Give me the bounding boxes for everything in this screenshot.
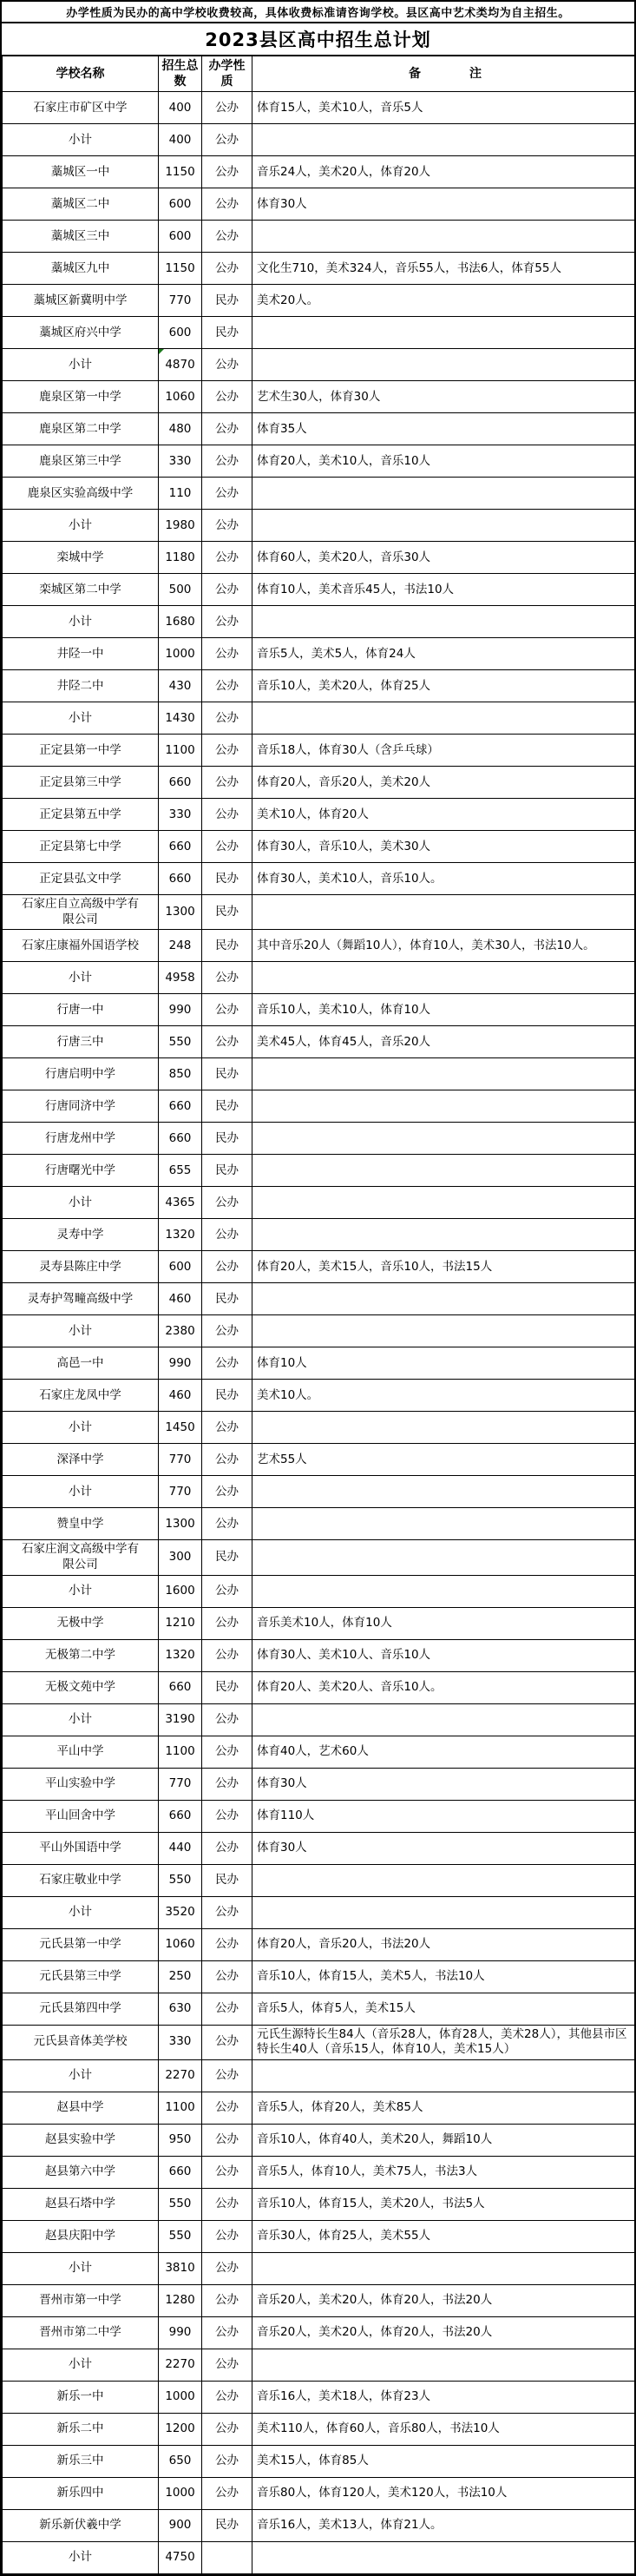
cell-text: 公办: [215, 1356, 239, 1370]
cell-text: 石家庄自立高级中学有 限公司: [22, 897, 139, 926]
remark-cell: 音乐10人，体育15人，美术5人，书法10人: [252, 1960, 636, 1993]
school-row: 藁城区府兴中学600民办: [3, 317, 636, 349]
cell-text: 公办: [215, 2197, 239, 2210]
school-name-cell: 元氏县第四中学: [3, 1993, 159, 2025]
remark-cell: [252, 1187, 636, 1219]
school-row: 灵寿县陈庄中学600公办体育20人，美术15人，音乐10人，书法15人: [3, 1251, 636, 1283]
cell-text: 民办: [215, 1099, 239, 1113]
cell-text: 小计: [69, 2261, 92, 2275]
remark-cell: 美术15人，体育85人: [252, 2445, 636, 2477]
school-name-cell: 正定县弘文中学: [3, 863, 159, 895]
enrollment-total-cell: 550: [159, 1026, 202, 1058]
cell-text: 体育20人，音乐20人，书法20人: [257, 1937, 430, 1951]
school-row: 晋州市第一中学1280公办音乐20人，美术20人，体育20人，书法20人: [3, 2284, 636, 2316]
school-type-cell: 公办: [202, 767, 252, 799]
cell-text: 平山中学: [57, 1744, 104, 1758]
subtotal-row: 小计3810公办: [3, 2252, 636, 2284]
cell-text: 体育40人，艺术60人: [257, 1744, 369, 1758]
cell-text: 民办: [215, 1388, 239, 1402]
remark-cell: [252, 1575, 636, 1607]
cell-text: 770: [169, 1485, 192, 1499]
enrollment-total-cell: 3190: [159, 1703, 202, 1736]
school-type-cell: 公办: [202, 2284, 252, 2316]
cell-text: 体育30人，美术10人，音乐10人。: [257, 872, 443, 886]
school-type-cell: 公办: [202, 2092, 252, 2124]
cell-text: 石家庄龙凤中学: [39, 1388, 121, 1402]
school-type-cell: 公办: [202, 188, 252, 221]
subtotal-row: 小计3520公办: [3, 1896, 636, 1928]
remark-cell: 音乐10人，体育40人，美术20人，舞蹈10人: [252, 2124, 636, 2156]
remark-cell: 音乐80人，体育120人，美术120人，书法10人: [252, 2477, 636, 2509]
cell-text: 民办: [215, 1550, 239, 1564]
remark-cell: [252, 1864, 636, 1896]
school-name-cell: 小计: [3, 1896, 159, 1928]
enrollment-plan-table: 学校名称 招生总数 办学性质 备 注 石家庄市矿区中学400公办体育15人，美术…: [2, 56, 636, 2574]
school-name-cell: 行唐三中: [3, 1026, 159, 1058]
cell-text: 4750: [165, 2550, 194, 2564]
cell-text: 655: [169, 1163, 192, 1177]
fee-notice-text: 办学性质为民办的高中学校收费较高，具体收费标准请咨询学校。县区高中艺术类均为自主…: [2, 2, 634, 23]
school-row: 赵县实验中学950公办音乐10人，体育40人，美术20人，舞蹈10人: [3, 2124, 636, 2156]
school-type-cell: 公办: [202, 1219, 252, 1251]
enrollment-total-cell: 430: [159, 670, 202, 702]
enrollment-total-cell: 600: [159, 1251, 202, 1283]
cell-text: 公办: [215, 2034, 239, 2048]
enrollment-total-cell: 330: [159, 799, 202, 831]
cell-text: 音乐10人，美术10人，体育10人: [257, 1003, 430, 1017]
enrollment-total-cell: 950: [159, 2124, 202, 2156]
remark-cell: 体育15人，美术10人，音乐5人: [252, 92, 636, 124]
cell-text: 栾城区第二中学: [39, 583, 121, 596]
subtotal-row: 小计2270公办: [3, 2059, 636, 2092]
cell-text: 藁城区新冀明中学: [34, 293, 128, 307]
cell-text: 公办: [215, 583, 239, 596]
cell-text: 公办: [215, 1453, 239, 1466]
remark-cell: 体育60人，美术20人，音乐30人: [252, 542, 636, 574]
school-row: 石家庄康福外国语学校248民办其中音乐20人（舞蹈10人），体育10人，美术30…: [3, 930, 636, 962]
cell-text: 公办: [215, 2293, 239, 2307]
school-type-cell: 公办: [202, 1187, 252, 1219]
cell-text: 正定县第三中学: [39, 775, 121, 789]
enrollment-total-cell: 330: [159, 445, 202, 478]
enrollment-total-cell: 1600: [159, 1575, 202, 1607]
school-name-cell: 小计: [3, 349, 159, 381]
cell-text: 赵县实验中学: [45, 2132, 115, 2146]
school-name-cell: 行唐一中: [3, 994, 159, 1026]
remark-cell: [252, 1412, 636, 1444]
cell-text: 990: [169, 2325, 192, 2339]
school-type-cell: 公办: [202, 1896, 252, 1928]
remark-cell: 美术20人。: [252, 285, 636, 317]
cell-text: 行唐三中: [57, 1035, 104, 1049]
cell-text: 1320: [165, 1648, 194, 1662]
cell-text: 330: [169, 454, 192, 468]
cell-text: 1000: [165, 647, 194, 661]
cell-text: 民办: [215, 939, 239, 952]
school-row: 藁城区三中600公办: [3, 221, 636, 253]
cell-text: 1600: [165, 1584, 194, 1598]
enrollment-total-cell: 660: [159, 863, 202, 895]
school-type-cell: 公办: [202, 1444, 252, 1476]
enrollment-total-cell: 1980: [159, 510, 202, 542]
enrollment-total-cell: 4870: [159, 349, 202, 381]
cell-text: 460: [169, 1292, 192, 1306]
cell-text: 音乐16人，美术18人，体育23人: [257, 2389, 430, 2403]
school-type-cell: 民办: [202, 1864, 252, 1896]
school-row: 高邑一中990公办体育10人: [3, 1347, 636, 1380]
cell-text: 公办: [215, 486, 239, 500]
cell-text: 400: [169, 133, 192, 147]
cell-text: 音乐10人，体育40人，美术20人，舞蹈10人: [257, 2132, 492, 2146]
cell-text: 公办: [215, 165, 239, 179]
subtotal-row: 小计3190公办: [3, 1703, 636, 1736]
document-page: 办学性质为民办的高中学校收费较高，具体收费标准请咨询学校。县区高中艺术类均为自主…: [0, 0, 636, 2576]
enrollment-total-cell: 1180: [159, 542, 202, 574]
cell-text: 公办: [215, 1260, 239, 1274]
school-row: 鹿泉区实验高级中学110公办: [3, 478, 636, 510]
header-enrollment-total: 招生总数: [159, 56, 202, 92]
cell-text: 正定县第五中学: [39, 807, 121, 821]
cell-text: 公办: [215, 2100, 239, 2114]
school-name-cell: 小计: [3, 702, 159, 735]
school-row: 新乐二中1200公办美术110人，体育60人，音乐80人，书法10人: [3, 2413, 636, 2445]
subtotal-row: 小计2270公办: [3, 2349, 636, 2381]
school-type-cell: 公办: [202, 1026, 252, 1058]
school-type-cell: 公办: [202, 92, 252, 124]
cell-text: 民办: [215, 1292, 239, 1306]
school-row: 元氏县第三中学250公办音乐10人，体育15人，美术5人，书法10人: [3, 1960, 636, 1993]
cell-text: 藁城区二中: [51, 197, 110, 211]
cell-text: 公办: [215, 807, 239, 821]
school-name-cell: 小计: [3, 606, 159, 638]
cell-text: 1100: [165, 2100, 194, 2114]
cell-text: 音乐10人，体育15人，美术20人，书法5人: [257, 2197, 485, 2210]
remark-cell: [252, 1476, 636, 1508]
enrollment-total-cell: 1200: [159, 2413, 202, 2445]
remark-cell: [252, 1703, 636, 1736]
enrollment-total-cell: 1060: [159, 1928, 202, 1960]
cell-text: 公办: [215, 1808, 239, 1822]
subtotal-row: 小计2380公办: [3, 1315, 636, 1347]
cell-text: 248: [169, 939, 192, 952]
cell-text: 公办: [215, 1196, 239, 1209]
cell-text: 公办: [215, 101, 239, 115]
cell-text: 770: [169, 1453, 192, 1466]
enrollment-total-cell: 1100: [159, 2092, 202, 2124]
school-name-cell: 栾城中学: [3, 542, 159, 574]
enrollment-total-cell: 660: [159, 831, 202, 863]
cell-text: 美术110人，体育60人，音乐80人，书法10人: [257, 2421, 500, 2435]
cell-text: 公办: [215, 2389, 239, 2403]
school-type-cell: 公办: [202, 2349, 252, 2381]
cell-text: 公办: [215, 1616, 239, 1630]
remark-cell: 美术10人。: [252, 1380, 636, 1412]
cell-text: 公办: [215, 1228, 239, 1242]
school-type-cell: 公办: [202, 638, 252, 670]
remark-cell: [252, 2541, 636, 2573]
cell-text: 音乐16人，美术13人，体育21人。: [257, 2518, 443, 2532]
remark-cell: 体育30人、美术10人、音乐10人: [252, 1639, 636, 1671]
remark-cell: 体育30人，美术10人，音乐10人。: [252, 863, 636, 895]
table-body: 石家庄市矿区中学400公办体育15人，美术10人，音乐5人小计400公办藁城区一…: [3, 92, 636, 2573]
cell-text: 660: [169, 1680, 192, 1694]
cell-text: 公办: [215, 229, 239, 243]
cell-text: 石家庄康福外国语学校: [22, 939, 139, 952]
school-name-cell: 鹿泉区第三中学: [3, 445, 159, 478]
school-name-cell: 小计: [3, 510, 159, 542]
enrollment-total-cell: 1100: [159, 1736, 202, 1768]
cell-text: 1980: [165, 518, 194, 532]
enrollment-total-cell: 480: [159, 413, 202, 445]
school-type-cell: 公办: [202, 124, 252, 156]
school-name-cell: 小计: [3, 962, 159, 994]
school-type-cell: 民办: [202, 1283, 252, 1315]
cell-text: 藁城区一中: [51, 165, 110, 179]
school-type-cell: 公办: [202, 2252, 252, 2284]
cell-text: 公办: [215, 2357, 239, 2371]
school-type-cell: 公办: [202, 962, 252, 994]
enrollment-total-cell: 630: [159, 1993, 202, 2025]
school-type-cell: 民办: [202, 1058, 252, 1090]
school-type-cell: 公办: [202, 2059, 252, 2092]
cell-text: 公办: [215, 2229, 239, 2243]
enrollment-total-cell: 650: [159, 2445, 202, 2477]
school-type-cell: 公办: [202, 2124, 252, 2156]
school-row: 石家庄敬业中学550民办: [3, 1864, 636, 1896]
cell-text: 平山回舍中学: [45, 1808, 115, 1822]
cell-text: 赵县石塔中学: [45, 2197, 115, 2210]
school-name-cell: 平山中学: [3, 1736, 159, 1768]
school-row: 新乐一中1000公办音乐16人，美术18人，体育23人: [3, 2381, 636, 2413]
school-row: 行唐同济中学660民办: [3, 1090, 636, 1123]
remark-cell: 音乐美术10人，体育10人: [252, 1607, 636, 1639]
school-type-cell: 公办: [202, 1476, 252, 1508]
school-name-cell: 鹿泉区第二中学: [3, 413, 159, 445]
cell-text: 公办: [215, 775, 239, 789]
cell-text: 公办: [215, 1517, 239, 1531]
enrollment-total-cell: 460: [159, 1380, 202, 1412]
cell-text: 行唐同济中学: [45, 1099, 115, 1113]
remark-cell: 体育20人，美术10人，音乐10人: [252, 445, 636, 478]
cell-text: 1200: [165, 2421, 194, 2435]
cell-text: 4870: [165, 358, 194, 372]
school-name-cell: 栾城区第二中学: [3, 574, 159, 606]
cell-text: 行唐曙光中学: [45, 1163, 115, 1177]
school-type-cell: 公办: [202, 478, 252, 510]
cell-text: 赵县第六中学: [45, 2164, 115, 2178]
school-type-cell: 公办: [202, 994, 252, 1026]
cell-text: 音乐30人，体育25人，美术55人: [257, 2229, 430, 2243]
cell-text: 小计: [69, 711, 92, 725]
cell-text: 1680: [165, 615, 194, 629]
enrollment-total-cell: 250: [159, 1960, 202, 1993]
remark-cell: [252, 124, 636, 156]
enrollment-total-cell: 600: [159, 188, 202, 221]
enrollment-total-cell: 1280: [159, 2284, 202, 2316]
enrollment-total-cell: 990: [159, 1347, 202, 1380]
cell-text: 新乐新伏羲中学: [39, 2518, 121, 2532]
header-school-name: 学校名称: [3, 56, 159, 92]
school-name-cell: 无极中学: [3, 1607, 159, 1639]
enrollment-total-cell: 770: [159, 1476, 202, 1508]
cell-text: 1180: [165, 550, 194, 564]
school-row: 行唐龙州中学660民办: [3, 1123, 636, 1155]
cell-text: 500: [169, 583, 192, 596]
remark-cell: [252, 702, 636, 735]
cell-text: 公办: [215, 1712, 239, 1726]
remark-cell: 体育30人，音乐10人，美术30人: [252, 831, 636, 863]
cell-text: 灵寿中学: [57, 1228, 104, 1242]
enrollment-total-cell: 1100: [159, 735, 202, 767]
cell-text: 小计: [69, 1196, 92, 1209]
subtotal-row: 小计4958公办: [3, 962, 636, 994]
cell-text: 鹿泉区第二中学: [39, 422, 121, 436]
cell-text: 400: [169, 101, 192, 115]
school-type-cell: 民办: [202, 1155, 252, 1187]
school-row: 行唐一中990公办音乐10人，美术10人，体育10人: [3, 994, 636, 1026]
cell-text: 1100: [165, 1744, 194, 1758]
cell-text: 660: [169, 1131, 192, 1145]
school-type-cell: 公办: [202, 799, 252, 831]
enrollment-total-cell: 990: [159, 994, 202, 1026]
school-row: 赵县中学1100公办音乐5人，体育20人，美术85人: [3, 2092, 636, 2124]
cell-text: 民办: [215, 1131, 239, 1145]
cell-text: 公办: [215, 1969, 239, 1983]
school-type-cell: 民办: [202, 317, 252, 349]
cell-text: 小计: [69, 2550, 92, 2564]
enrollment-total-cell: 1210: [159, 1607, 202, 1639]
cell-text: 公办: [215, 615, 239, 629]
enrollment-total-cell: 1430: [159, 702, 202, 735]
cell-text: 550: [169, 1873, 192, 1887]
cell-text: 无极第二中学: [45, 1648, 115, 1662]
school-row: 无极中学1210公办音乐美术10人，体育10人: [3, 1607, 636, 1639]
remark-cell: 体育35人: [252, 413, 636, 445]
cell-text: 体育35人: [257, 422, 307, 436]
cell-text: 300: [169, 1550, 192, 1564]
remark-cell: 音乐10人，体育15人，美术20人，书法5人: [252, 2188, 636, 2220]
cell-text: 1060: [165, 1937, 194, 1951]
cell-text: 音乐10人，美术20人，体育25人: [257, 679, 430, 693]
school-type-cell: 公办: [202, 831, 252, 863]
enrollment-total-cell: 1150: [159, 253, 202, 285]
school-name-cell: 高邑一中: [3, 1347, 159, 1380]
enrollment-total-cell: 550: [159, 2220, 202, 2252]
cell-text: 体育30人、美术10人、音乐10人: [257, 1648, 430, 1662]
enrollment-total-cell: 990: [159, 2316, 202, 2349]
cell-text: 660: [169, 2164, 192, 2178]
remark-cell: 音乐18人，体育30人（含乒乓球）: [252, 735, 636, 767]
cell-text: 1000: [165, 2486, 194, 2500]
cell-text: 公办: [215, 2001, 239, 2015]
green-corner-marker: [159, 349, 164, 354]
cell-text: 晋州市第二中学: [39, 2325, 121, 2339]
school-row: 正定县第五中学330公办美术10人，体育20人: [3, 799, 636, 831]
cell-text: 公办: [215, 358, 239, 372]
school-name-cell: 石家庄敬业中学: [3, 1864, 159, 1896]
cell-text: 体育30人: [257, 197, 307, 211]
cell-text: 1150: [165, 261, 194, 275]
remark-cell: [252, 2349, 636, 2381]
cell-text: 990: [169, 1003, 192, 1017]
school-row: 灵寿中学1320公办: [3, 1219, 636, 1251]
cell-text: 3190: [165, 1712, 194, 1726]
cell-text: 民办: [215, 1873, 239, 1887]
school-row: 藁城区一中1150公办音乐24人，美术20人，体育20人: [3, 156, 636, 188]
school-row: 正定县第一中学1100公办音乐18人，体育30人（含乒乓球）: [3, 735, 636, 767]
cell-text: 550: [169, 1035, 192, 1049]
remark-cell: [252, 1896, 636, 1928]
cell-text: 公办: [215, 1485, 239, 1499]
school-name-cell: 井陉二中: [3, 670, 159, 702]
enrollment-total-cell: 660: [159, 1090, 202, 1123]
cell-text: 公办: [215, 840, 239, 853]
school-row: 行唐三中550公办美术45人，体育45人，音乐20人: [3, 1026, 636, 1058]
cell-text: 民办: [215, 1067, 239, 1081]
school-row: 鹿泉区第一中学1060公办艺术生30人，体育30人: [3, 381, 636, 413]
remark-cell: 体育10人，美术音乐45人，书法10人: [252, 574, 636, 606]
cell-text: 元氏县第一中学: [39, 1937, 121, 1951]
cell-text: 660: [169, 1099, 192, 1113]
school-row: 元氏县音体美学校330公办元氏生源特长生84人（音乐28人，体育28人，美术28…: [3, 2025, 636, 2059]
school-type-cell: 公办: [202, 2188, 252, 2220]
cell-text: 体育30人，音乐10人，美术30人: [257, 840, 430, 853]
cell-text: 元氏县音体美学校: [34, 2034, 128, 2048]
cell-text: 小计: [69, 1420, 92, 1434]
school-row: 井陉二中430公办音乐10人，美术20人，体育25人: [3, 670, 636, 702]
school-name-cell: 藁城区三中: [3, 221, 159, 253]
school-row: 正定县第七中学660公办体育30人，音乐10人，美术30人: [3, 831, 636, 863]
cell-text: 公办: [215, 197, 239, 211]
school-row: 赵县庆阳中学550公办音乐30人，体育25人，美术55人: [3, 2220, 636, 2252]
school-type-cell: 公办: [202, 702, 252, 735]
cell-text: 110: [169, 486, 192, 500]
school-name-cell: 赵县石塔中学: [3, 2188, 159, 2220]
school-type-cell: 公办: [202, 2316, 252, 2349]
school-name-cell: 井陉一中: [3, 638, 159, 670]
cell-text: 850: [169, 1067, 192, 1081]
enrollment-total-cell: 3810: [159, 2252, 202, 2284]
school-name-cell: 藁城区一中: [3, 156, 159, 188]
school-name-cell: 鹿泉区实验高级中学: [3, 478, 159, 510]
cell-text: 民办: [215, 905, 239, 919]
school-row: 鹿泉区第三中学330公办体育20人，美术10人，音乐10人: [3, 445, 636, 478]
school-name-cell: 石家庄康福外国语学校: [3, 930, 159, 962]
remark-cell: [252, 221, 636, 253]
remark-cell: 音乐10人，美术10人，体育10人: [252, 994, 636, 1026]
school-name-cell: 石家庄自立高级中学有 限公司: [3, 895, 159, 930]
enrollment-total-cell: 1300: [159, 895, 202, 930]
enrollment-total-cell: 400: [159, 124, 202, 156]
enrollment-total-cell: 1680: [159, 606, 202, 638]
cell-text: 灵寿县陈庄中学: [39, 1260, 121, 1274]
school-name-cell: 灵寿中学: [3, 1219, 159, 1251]
enrollment-total-cell: 770: [159, 1444, 202, 1476]
cell-text: 体育60人，美术20人，音乐30人: [257, 550, 430, 564]
cell-text: 1300: [165, 905, 194, 919]
school-name-cell: 藁城区二中: [3, 188, 159, 221]
school-row: 石家庄龙凤中学460民办美术10人。: [3, 1380, 636, 1412]
cell-text: 1300: [165, 1517, 194, 1531]
remark-cell: 美术10人，体育20人: [252, 799, 636, 831]
enrollment-total-cell: 400: [159, 92, 202, 124]
remark-cell: [252, 1219, 636, 1251]
school-type-cell: 公办: [202, 1508, 252, 1540]
cell-text: 晋州市第一中学: [39, 2293, 121, 2307]
enrollment-total-cell: 770: [159, 1768, 202, 1800]
cell-text: 体育20人，美术15人，音乐10人，书法15人: [257, 1260, 492, 1274]
cell-text: 公办: [215, 2261, 239, 2275]
